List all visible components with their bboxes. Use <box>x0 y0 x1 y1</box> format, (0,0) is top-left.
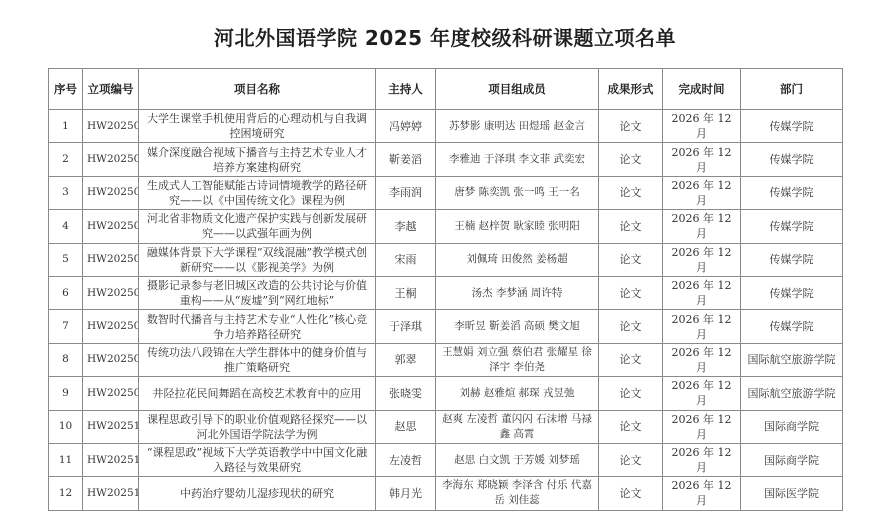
cell-leader: 郭翠 <box>376 343 436 376</box>
table-row: 10 HW202510 课程思政引导下的职业价值观路径探究——以河北外国语学院法… <box>49 410 843 443</box>
cell-members: 刘佩琦 田俊然 姜杨超 <box>436 243 599 276</box>
cell-code: HW202503 <box>83 176 139 209</box>
cell-output-form: 论文 <box>599 143 663 176</box>
table-row: 6 HW202506 摄影记录参与老旧城区改造的公共讨论与价值重构——从“废墟”… <box>49 276 843 309</box>
cell-seq: 4 <box>49 210 83 243</box>
table-header-row: 序号 立项编号 项目名称 主持人 项目组成员 成果形式 完成时间 部门 <box>49 69 843 110</box>
header-output-form: 成果形式 <box>599 69 663 110</box>
header-seq: 序号 <box>49 69 83 110</box>
cell-deadline: 2026 年 12 月 <box>663 110 741 143</box>
cell-project-name: 河北省非物质文化遗产保护实践与创新发展研究——以武强年画为例 <box>139 210 376 243</box>
cell-deadline: 2026 年 12 月 <box>663 243 741 276</box>
cell-department: 国际商学院 <box>741 410 843 443</box>
cell-department: 国际商学院 <box>741 443 843 476</box>
cell-department: 传媒学院 <box>741 110 843 143</box>
cell-output-form: 论文 <box>599 210 663 243</box>
cell-project-name: 大学生课堂手机使用背后的心理动机与自我调控困境研究 <box>139 110 376 143</box>
cell-seq: 11 <box>49 443 83 476</box>
cell-code: HW202512 <box>83 477 139 510</box>
table-row: 2 HW202502 媒介深度融合视域下播音与主持艺术专业人才培养方案建构研究 … <box>49 143 843 176</box>
table-row: 3 HW202503 生成式人工智能赋能古诗词情境教学的路径研究——以《中国传统… <box>49 176 843 209</box>
cell-code: HW202507 <box>83 310 139 343</box>
cell-seq: 9 <box>49 377 83 410</box>
cell-leader: 赵思 <box>376 410 436 443</box>
cell-project-name: 摄影记录参与老旧城区改造的公共讨论与价值重构——从“废墟”到“网红地标” <box>139 276 376 309</box>
cell-seq: 3 <box>49 176 83 209</box>
cell-seq: 10 <box>49 410 83 443</box>
cell-code: HW202502 <box>83 143 139 176</box>
cell-leader: 李越 <box>376 210 436 243</box>
cell-seq: 2 <box>49 143 83 176</box>
cell-leader: 韩月光 <box>376 477 436 510</box>
header-department: 部门 <box>741 69 843 110</box>
table-row: 9 HW202509 井陉拉花民间舞蹈在高校艺术教育中的应用 张晓雯 刘赫 赵雅… <box>49 377 843 410</box>
cell-deadline: 2026 年 12 月 <box>663 210 741 243</box>
cell-department: 传媒学院 <box>741 143 843 176</box>
cell-leader: 靳姜滔 <box>376 143 436 176</box>
cell-members: 汤杰 李梦涵 周许特 <box>436 276 599 309</box>
cell-members: 李雅迪 于泽琪 李文菲 武奕宏 <box>436 143 599 176</box>
cell-members: 苏梦影 康明达 田煜瑶 赵金言 <box>436 110 599 143</box>
cell-project-name: 中药治疗婴幼儿湿疹现状的研究 <box>139 477 376 510</box>
cell-seq: 5 <box>49 243 83 276</box>
cell-leader: 冯婷婷 <box>376 110 436 143</box>
cell-project-name: 融媒体背景下大学课程“双线混融”教学模式创新研究——以《影视美学》为例 <box>139 243 376 276</box>
cell-department: 传媒学院 <box>741 210 843 243</box>
cell-code: HW202508 <box>83 343 139 376</box>
cell-code: HW202510 <box>83 410 139 443</box>
cell-code: HW202506 <box>83 276 139 309</box>
cell-department: 国际航空旅游学院 <box>741 343 843 376</box>
cell-project-name: 媒介深度融合视域下播音与主持艺术专业人才培养方案建构研究 <box>139 143 376 176</box>
cell-members: 刘赫 赵雅煊 郝琛 戎昱弛 <box>436 377 599 410</box>
cell-members: 赵爽 左凌哲 董闪闪 石沫增 马禄鑫 高霄 <box>436 410 599 443</box>
cell-deadline: 2026 年 12 月 <box>663 310 741 343</box>
cell-output-form: 论文 <box>599 310 663 343</box>
cell-deadline: 2026 年 12 月 <box>663 443 741 476</box>
cell-deadline: 2026 年 12 月 <box>663 343 741 376</box>
cell-output-form: 论文 <box>599 410 663 443</box>
table-row: 11 HW202511 “课程思政”视域下大学英语教学中中国文化融入路径与效果研… <box>49 443 843 476</box>
cell-department: 传媒学院 <box>741 276 843 309</box>
table-row: 8 HW202508 传统功法八段锦在大学生群体中的健身价值与推广策略研究 郭翠… <box>49 343 843 376</box>
table-row: 5 HW202505 融媒体背景下大学课程“双线混融”教学模式创新研究——以《影… <box>49 243 843 276</box>
cell-leader: 左凌哲 <box>376 443 436 476</box>
cell-output-form: 论文 <box>599 443 663 476</box>
cell-deadline: 2026 年 12 月 <box>663 410 741 443</box>
cell-leader: 张晓雯 <box>376 377 436 410</box>
cell-seq: 7 <box>49 310 83 343</box>
header-project-name: 项目名称 <box>139 69 376 110</box>
cell-output-form: 论文 <box>599 243 663 276</box>
cell-output-form: 论文 <box>599 176 663 209</box>
table-row: 7 HW202507 数智时代播音与主持艺术专业“人性化”核心竞争力培养路径研究… <box>49 310 843 343</box>
cell-project-name: “课程思政”视域下大学英语教学中中国文化融入路径与效果研究 <box>139 443 376 476</box>
cell-seq: 12 <box>49 477 83 510</box>
cell-department: 传媒学院 <box>741 176 843 209</box>
table-row: 12 HW202512 中药治疗婴幼儿湿疹现状的研究 韩月光 李海东 郑晓颖 李… <box>49 477 843 510</box>
cell-leader: 王桐 <box>376 276 436 309</box>
cell-output-form: 论文 <box>599 110 663 143</box>
cell-members: 王慧娟 刘立强 蔡伯君 张耀星 徐泽宇 李伯尧 <box>436 343 599 376</box>
cell-project-name: 生成式人工智能赋能古诗词情境教学的路径研究——以《中国传统文化》课程为例 <box>139 176 376 209</box>
cell-members: 赵思 白文凯 于芳媛 刘梦瑶 <box>436 443 599 476</box>
cell-code: HW202509 <box>83 377 139 410</box>
cell-seq: 1 <box>49 110 83 143</box>
cell-members: 李昕昱 靳姜滔 高硕 樊文旭 <box>436 310 599 343</box>
cell-department: 国际航空旅游学院 <box>741 377 843 410</box>
document-title: 河北外国语学院 2025 年度校级科研课题立项名单 <box>0 22 890 51</box>
cell-deadline: 2026 年 12 月 <box>663 143 741 176</box>
header-leader: 主持人 <box>376 69 436 110</box>
cell-output-form: 论文 <box>599 477 663 510</box>
cell-seq: 6 <box>49 276 83 309</box>
cell-department: 传媒学院 <box>741 243 843 276</box>
cell-leader: 宋雨 <box>376 243 436 276</box>
cell-members: 王楠 赵梓贺 耿家睦 张明阳 <box>436 210 599 243</box>
cell-leader: 李雨润 <box>376 176 436 209</box>
project-list-table: 序号 立项编号 项目名称 主持人 项目组成员 成果形式 完成时间 部门 1 HW… <box>48 68 843 511</box>
cell-deadline: 2026 年 12 月 <box>663 176 741 209</box>
table-row: 4 HW202504 河北省非物质文化遗产保护实践与创新发展研究——以武强年画为… <box>49 210 843 243</box>
cell-output-form: 论文 <box>599 276 663 309</box>
cell-department: 传媒学院 <box>741 310 843 343</box>
cell-project-name: 数智时代播音与主持艺术专业“人性化”核心竞争力培养路径研究 <box>139 310 376 343</box>
cell-deadline: 2026 年 12 月 <box>663 377 741 410</box>
cell-project-name: 传统功法八段锦在大学生群体中的健身价值与推广策略研究 <box>139 343 376 376</box>
cell-code: HW202504 <box>83 210 139 243</box>
cell-output-form: 论文 <box>599 343 663 376</box>
cell-members: 李海东 郑晓颖 李泽含 付乐 代嘉岳 刘佳蕊 <box>436 477 599 510</box>
table-row: 1 HW202501 大学生课堂手机使用背后的心理动机与自我调控困境研究 冯婷婷… <box>49 110 843 143</box>
cell-deadline: 2026 年 12 月 <box>663 477 741 510</box>
cell-project-name: 井陉拉花民间舞蹈在高校艺术教育中的应用 <box>139 377 376 410</box>
header-code: 立项编号 <box>83 69 139 110</box>
cell-code: HW202501 <box>83 110 139 143</box>
cell-members: 唐梦 陈奕凯 张一鸣 王一名 <box>436 176 599 209</box>
cell-code: HW202511 <box>83 443 139 476</box>
cell-deadline: 2026 年 12 月 <box>663 276 741 309</box>
cell-department: 国际医学院 <box>741 477 843 510</box>
cell-project-name: 课程思政引导下的职业价值观路径探究——以河北外国语学院法学为例 <box>139 410 376 443</box>
cell-code: HW202505 <box>83 243 139 276</box>
header-deadline: 完成时间 <box>663 69 741 110</box>
cell-leader: 于泽琪 <box>376 310 436 343</box>
cell-output-form: 论文 <box>599 377 663 410</box>
header-members: 项目组成员 <box>436 69 599 110</box>
cell-seq: 8 <box>49 343 83 376</box>
